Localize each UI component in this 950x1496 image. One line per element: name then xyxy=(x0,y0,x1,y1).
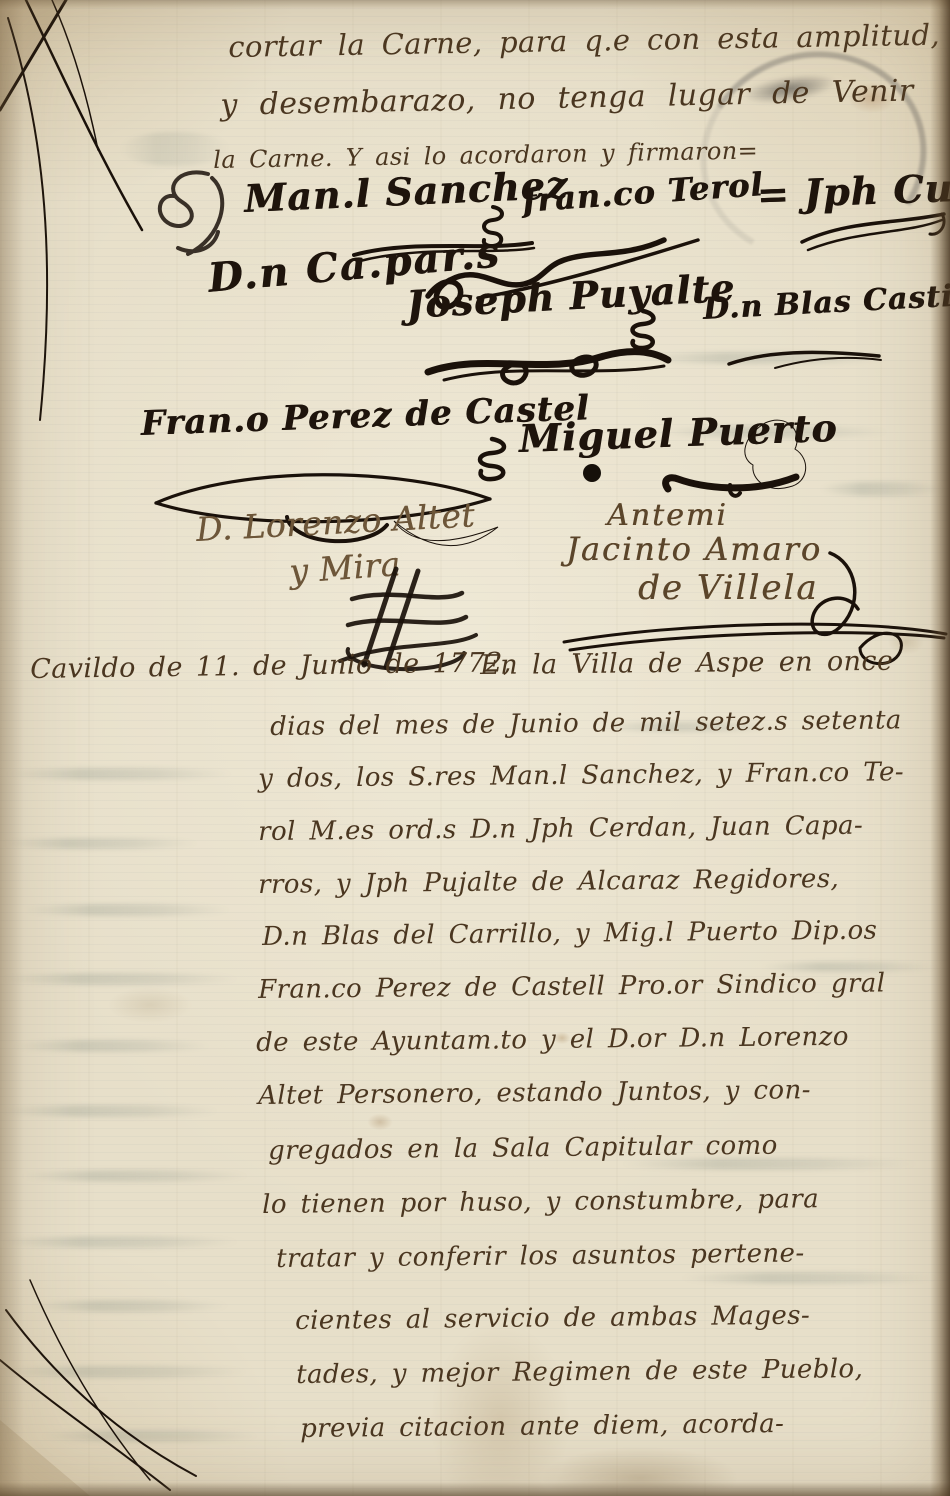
bleedthrough-mark xyxy=(680,1272,940,1284)
page-edge-bottom xyxy=(0,1482,950,1496)
signature-ante-mi: Antemi xyxy=(607,498,728,533)
signature-flourish xyxy=(725,342,885,372)
signature-jacinto-amaro: Jacinto Amaro xyxy=(566,530,822,568)
bleedthrough-mark xyxy=(0,1105,220,1117)
body-line: de este Ayuntam.to y el D.or D.n Lorenzo xyxy=(256,1022,849,1058)
bleedthrough-mark xyxy=(12,1040,212,1052)
page-edge-top xyxy=(0,0,950,9)
body-line: tades, y mejor Regimen de este Pueblo, xyxy=(296,1354,863,1390)
bleedthrough-mark xyxy=(0,838,200,849)
manuscript-page: cortar la Carne, para q.e con esta ampli… xyxy=(0,0,950,1496)
signature-flourish xyxy=(424,336,674,384)
bleedthrough-mark xyxy=(820,482,945,496)
body-line: rol M.es ord.s D.n Jph Cerdan, Juan Capa… xyxy=(258,811,863,847)
body-line: previa citacion ante diem, acorda- xyxy=(300,1409,784,1444)
bleedthrough-mark xyxy=(0,1236,240,1248)
paper-crease-bottomleft xyxy=(0,1280,240,1496)
paraph-doodle xyxy=(148,168,240,260)
bleedthrough-mark xyxy=(4,768,234,780)
signature-flourish xyxy=(798,208,950,256)
signature-de-villela: de Villela xyxy=(638,568,819,608)
body-line: Altet Personero, estando Juntos, y con- xyxy=(258,1075,811,1111)
bleedthrough-mark xyxy=(22,904,232,916)
body-line: cientes al servicio de ambas Mages- xyxy=(295,1301,810,1336)
body-line: rros, y Jph Pujalte de Alcaraz Regidores… xyxy=(258,864,839,900)
page-edge-right xyxy=(930,0,950,1496)
bleedthrough-mark xyxy=(0,973,240,985)
body-line: En la Villa de Aspe en once xyxy=(480,646,893,681)
body-line: lo tienen por huso, y constumbre, para xyxy=(262,1184,819,1220)
body-line: gregados en la Sala Capitular como xyxy=(268,1131,778,1166)
body-line: tratar y conferir los asuntos pertene- xyxy=(276,1238,805,1274)
page-edge-left xyxy=(0,0,24,1496)
signature-ink-blot xyxy=(570,415,810,503)
bleedthrough-mark xyxy=(20,1170,250,1182)
